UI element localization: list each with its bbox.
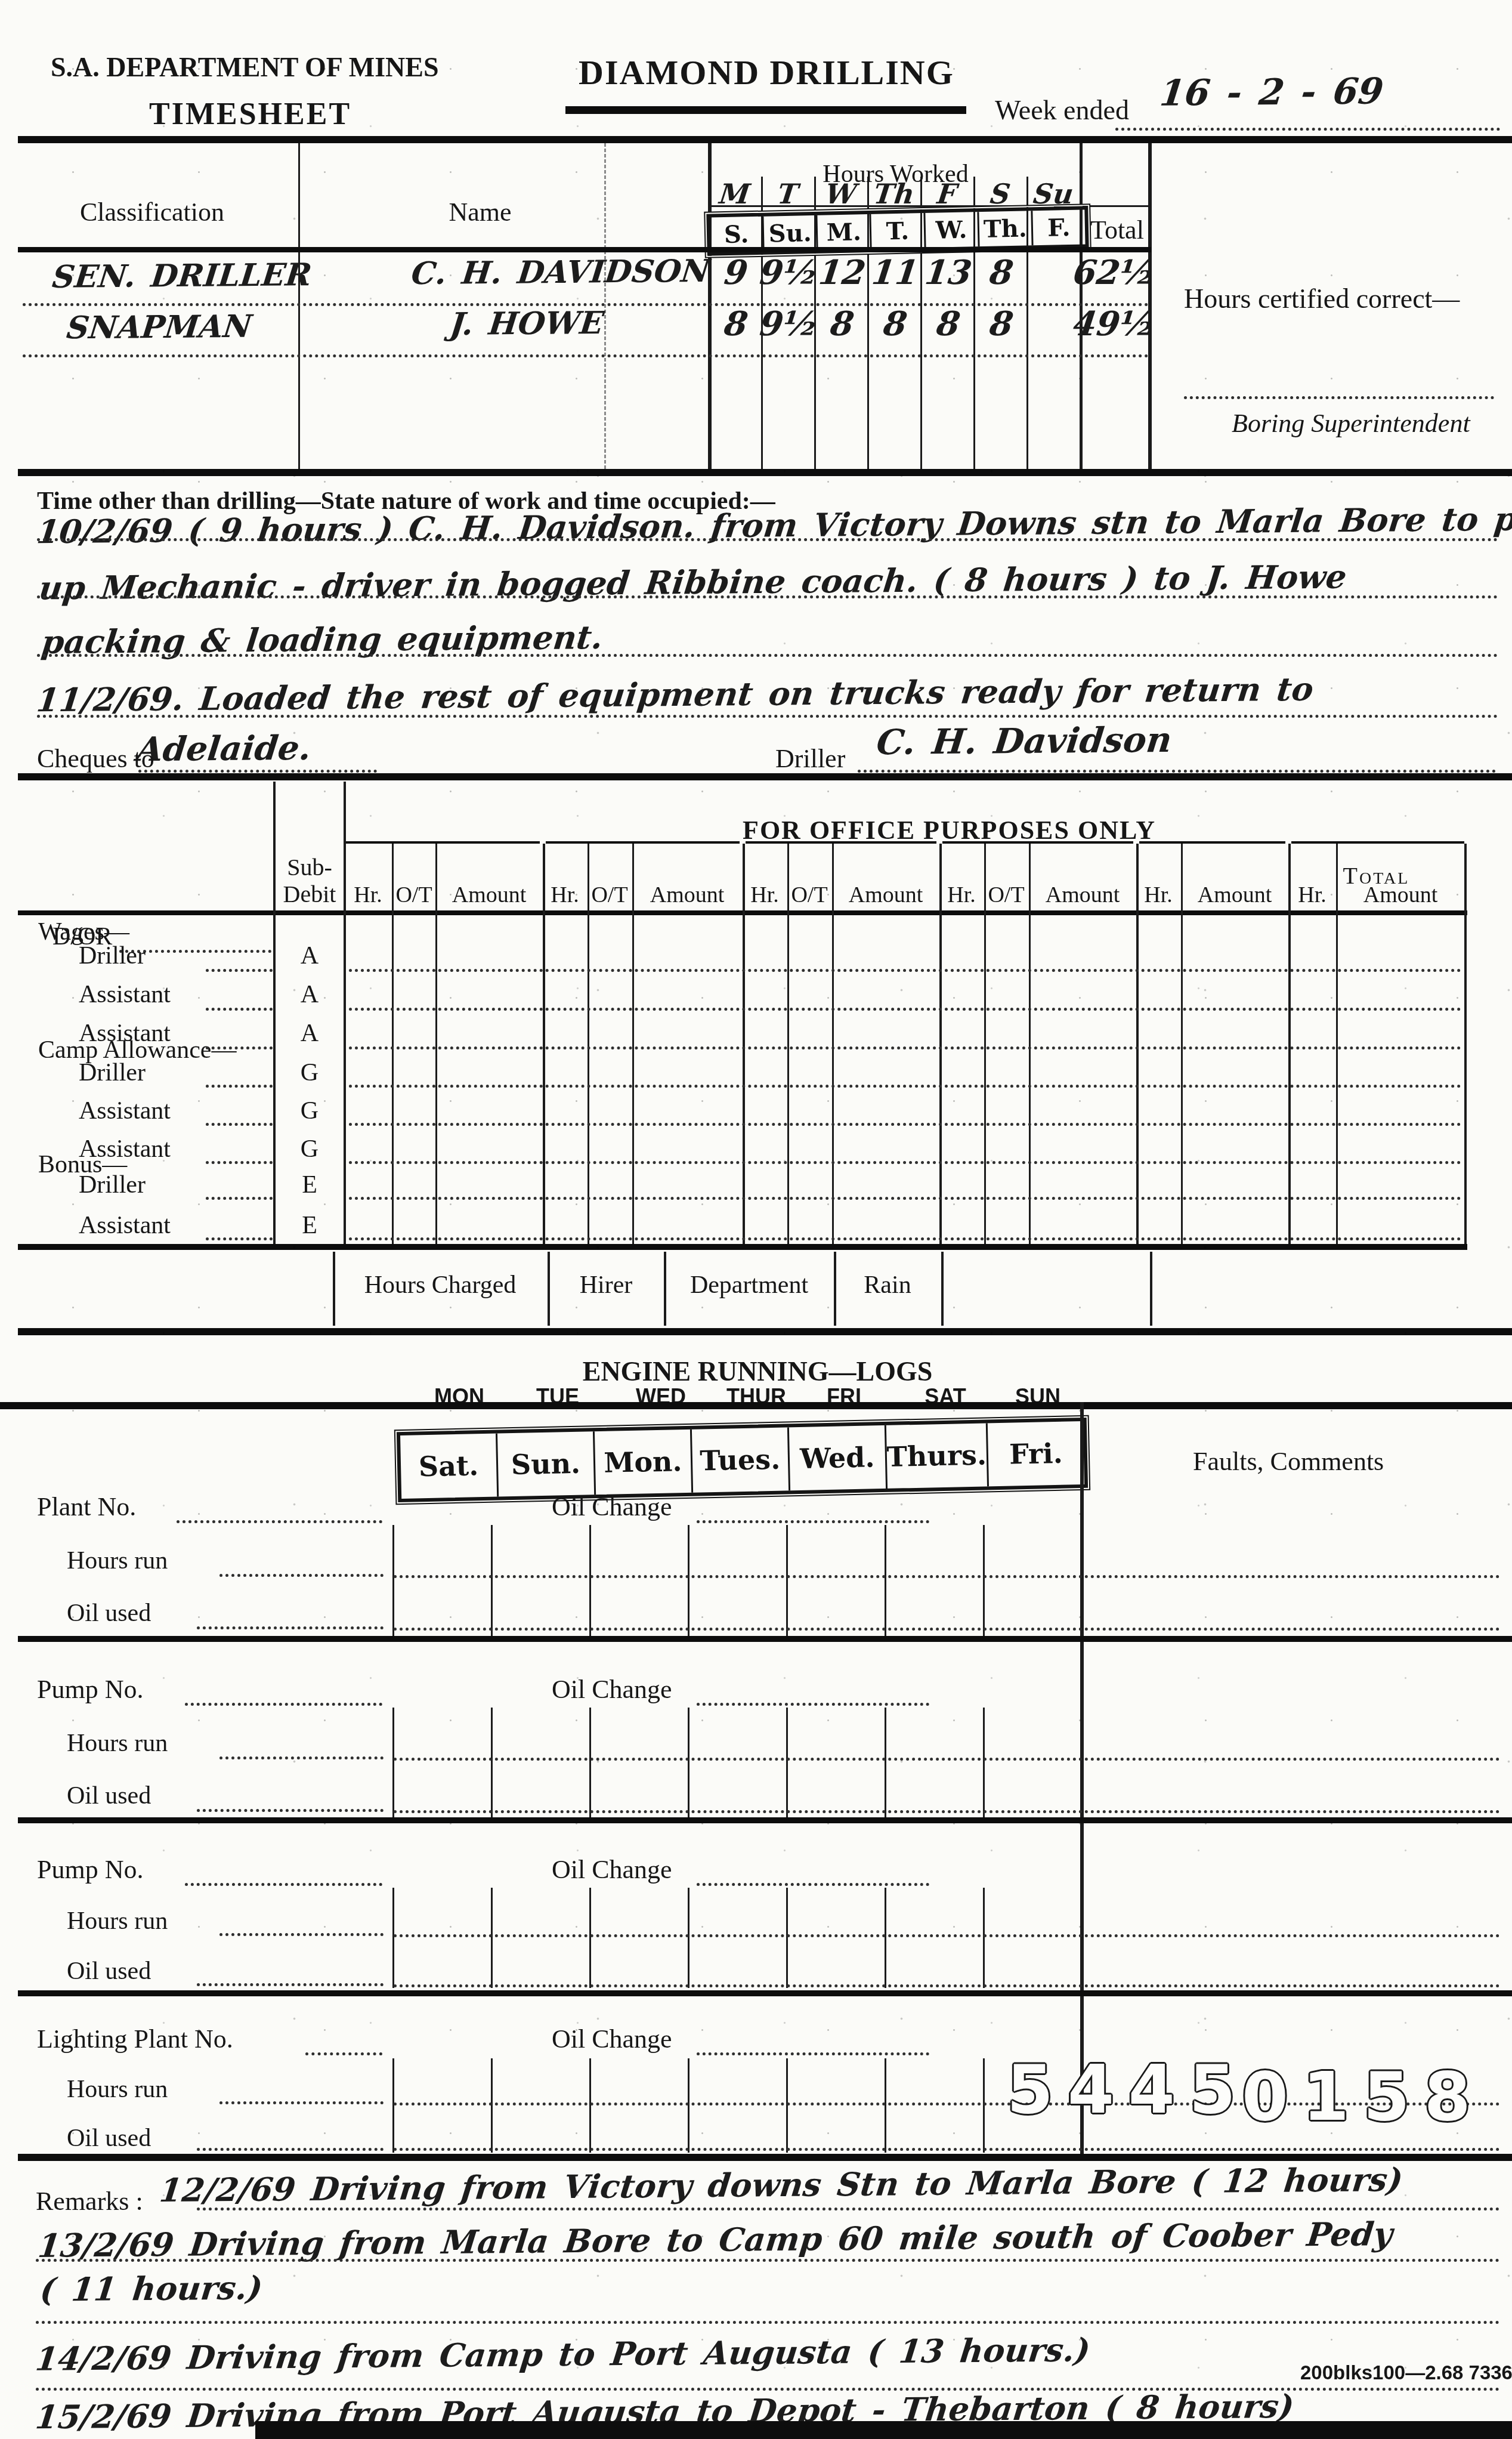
- office-group-top: [546, 841, 740, 844]
- pump-no-rule: [185, 1703, 382, 1706]
- col-amount: Amount: [849, 882, 923, 908]
- other-time-rule4: [37, 715, 1498, 718]
- office-vline: [273, 782, 276, 1245]
- office-row-rule: [349, 1008, 1461, 1011]
- sub-debit-code: A: [301, 1019, 319, 1048]
- footer-vline: [333, 1252, 335, 1326]
- print-code: 200blks100—2.68 7336: [1300, 2361, 1512, 2384]
- sub-debit-code: A: [301, 980, 319, 1009]
- office-row-rule: [349, 1197, 1461, 1200]
- oil-change-rule: [697, 1520, 929, 1523]
- col-hr: Hr.: [750, 882, 779, 908]
- stamped-day: T.: [871, 213, 926, 249]
- oil-used-label: Oil used: [67, 1957, 151, 1986]
- oil-used-rule: [394, 1984, 1500, 1987]
- driller-rule: [858, 770, 1496, 773]
- remarks-line2: 13/2/69 Driving from Marla Bore to Camp …: [36, 2215, 1394, 2265]
- oil-change-label: Oil Change: [552, 1674, 672, 1705]
- document-title: DIAMOND DRILLING: [561, 53, 972, 92]
- engine-stamped-day: Mon.: [595, 1430, 693, 1495]
- office-row-label: Driller: [79, 941, 146, 970]
- row2-total: 49½: [1071, 304, 1157, 344]
- rule-top: [18, 136, 1512, 143]
- footer-col-department: Department: [690, 1271, 808, 1299]
- col-hr: Hr.: [551, 882, 579, 908]
- office-leader: [206, 969, 273, 972]
- col-hr: Hr.: [947, 882, 976, 908]
- row1-hours: 8: [987, 253, 1015, 292]
- office-vline: [435, 844, 437, 1244]
- col-hr: Hr.: [354, 882, 382, 908]
- table-divider-1: [298, 143, 300, 469]
- office-row-label: Assistant: [79, 980, 171, 1009]
- col-hr: Hr.: [1298, 882, 1327, 908]
- oil-used-rule: [394, 1810, 1500, 1813]
- row2-hours: 8: [828, 304, 856, 344]
- office-leader: [206, 1123, 273, 1126]
- office-group-top: [746, 841, 936, 844]
- oil-used-rule: [394, 2148, 1500, 2151]
- total-header: Total: [1084, 215, 1150, 245]
- row1-total: 62½: [1071, 253, 1157, 292]
- driller-signature: C. H. Davidson: [874, 720, 1174, 762]
- oil-change-label: Oil Change: [552, 1854, 672, 1885]
- hours-run-leader: [219, 2101, 384, 2104]
- oil-change-rule: [697, 2052, 929, 2055]
- superintendent-label: Boring Superintendent: [1232, 408, 1470, 439]
- office-vline: [1029, 844, 1031, 1244]
- driller-label: Driller: [775, 743, 845, 774]
- row1-hours: 9½: [757, 253, 820, 292]
- office-row-rule: [349, 1085, 1461, 1088]
- remarks-rule1: [197, 2208, 1500, 2210]
- timesheet-document: S.A. DEPARTMENT OF MINES TIMESHEET DIAMO…: [0, 0, 1512, 2439]
- sub-debit-line1: Sub-: [287, 854, 332, 881]
- stamp-number-right: 0158: [1242, 2058, 1485, 2136]
- footer-vline: [664, 1252, 666, 1326]
- row1-hours: 12: [817, 253, 868, 292]
- week-ended-value: 16 - 2 - 69: [1158, 70, 1386, 114]
- office-vline: [588, 844, 589, 1244]
- classification-header: Classification: [63, 197, 242, 227]
- footer-vline: [941, 1252, 944, 1326]
- engine-stamped-day: Wed.: [789, 1425, 888, 1490]
- row2-hours: 9½: [757, 304, 820, 344]
- row2-rule: [23, 354, 1149, 357]
- title-underline: [565, 106, 966, 114]
- office-vline: [743, 844, 745, 1244]
- office-group-top: [345, 841, 540, 844]
- remarks-rule3: [36, 2321, 1500, 2324]
- sheet-title: TIMESHEET: [149, 97, 351, 132]
- rule-5: [0, 1402, 1512, 1409]
- stamp-number-left: 5445: [1007, 2051, 1250, 2129]
- row2-hours: 8: [722, 304, 750, 344]
- office-row-label: Driller: [79, 1058, 146, 1087]
- oil-change-rule: [697, 1883, 929, 1886]
- oil-used-rule: [394, 1628, 1500, 1631]
- col-amount: Amount: [1363, 882, 1438, 908]
- certified-label: Hours certified correct—: [1184, 283, 1460, 314]
- name-header: Name: [382, 197, 579, 227]
- log-grid: [392, 1708, 1083, 1817]
- office-leader: [206, 1161, 273, 1164]
- remarks-line1: 12/2/69 Driving from Victory downs Stn t…: [157, 2160, 1405, 2209]
- rule-6: [18, 2154, 1512, 2161]
- hours-run-label: Hours run: [67, 1546, 168, 1575]
- header-bottom-rule: [18, 247, 1151, 252]
- col-amount: Amount: [650, 882, 725, 908]
- hours-run-label: Hours run: [67, 1729, 168, 1758]
- other-time-rule2: [37, 595, 1498, 598]
- office-leader: [206, 1046, 273, 1049]
- engine-stamped-day: Sun.: [497, 1431, 596, 1496]
- oil-change-label: Oil Change: [552, 2024, 672, 2054]
- oil-change-rule: [697, 1703, 929, 1706]
- office-vline: [787, 844, 789, 1244]
- row1-hours: 9: [722, 253, 750, 292]
- sub-debit-header: Sub- Debit: [276, 854, 344, 908]
- office-leader: [206, 1085, 273, 1088]
- engine-stamped-day: Sat.: [400, 1434, 499, 1499]
- pump-no-label: Pump No.: [37, 1854, 143, 1885]
- office-vline: [1288, 844, 1291, 1244]
- log-grid: [392, 2058, 1083, 2153]
- oil-used-leader: [197, 2148, 384, 2151]
- rule-3: [18, 773, 1512, 780]
- block-rule: [18, 1636, 1512, 1642]
- sub-debit-code: G: [301, 1058, 319, 1087]
- office-row-rule: [349, 1046, 1461, 1049]
- engine-stamped-day: Fri.: [988, 1421, 1084, 1486]
- oil-used-leader: [197, 1983, 384, 1986]
- office-row-rule: [349, 1123, 1461, 1126]
- other-time-rule1: [37, 538, 1498, 541]
- remarks-label: Remarks :: [36, 2186, 143, 2216]
- oil-used-label: Oil used: [67, 2124, 151, 2153]
- plant-no-label: Plant No.: [37, 1492, 136, 1522]
- footer-vline: [834, 1252, 836, 1326]
- office-vline: [344, 782, 346, 1245]
- cheques-to-rule: [138, 770, 377, 773]
- engine-stamped-day-row: Sat. Sun. Mon. Tues. Wed. Thurs. Fri.: [397, 1418, 1088, 1502]
- lighting-plant-no-label: Lighting Plant No.: [37, 2024, 233, 2054]
- oil-change-label: Oil Change: [552, 1492, 672, 1522]
- signature-rule: [1184, 396, 1494, 399]
- col-ot: O/T: [395, 882, 432, 908]
- other-time-line4: 11/2/69. Loaded the rest of equipment on…: [35, 670, 1315, 720]
- footer-col-rain: Rain: [864, 1271, 911, 1299]
- col-ot: O/T: [791, 882, 827, 908]
- block-rule: [18, 1990, 1512, 1996]
- stamped-day: Th.: [979, 211, 1033, 246]
- pump-no-label: Pump No.: [37, 1674, 143, 1705]
- remarks-line4: 14/2/69 Driving from Camp to Port August…: [33, 2330, 1092, 2378]
- office-row-rule: [349, 1161, 1461, 1164]
- office-vline: [392, 844, 394, 1244]
- hours-run-rule: [394, 1575, 1500, 1578]
- office-leader: [206, 1008, 273, 1011]
- hours-run-label: Hours run: [67, 1907, 168, 1935]
- week-ended-label: Week ended: [995, 94, 1129, 126]
- col-amount: Amount: [1198, 882, 1272, 908]
- row1-hours: 13: [923, 253, 974, 292]
- office-vline: [1464, 844, 1467, 1244]
- office-row-label: Assistant: [79, 1097, 171, 1125]
- office-row-label: Assistant: [79, 1211, 171, 1240]
- hours-run-rule: [394, 1934, 1500, 1937]
- row1-name: C. H. DAVIDSON: [410, 253, 712, 292]
- office-leader: [206, 1237, 273, 1240]
- sub-debit-line2: Debit: [283, 881, 336, 907]
- other-time-rule3: [37, 654, 1498, 657]
- row1-hours: 11: [870, 253, 921, 292]
- oil-used-label: Oil used: [67, 1782, 151, 1810]
- engine-stamped-day: Thurs.: [886, 1423, 989, 1489]
- col-amount: Amount: [452, 882, 527, 908]
- office-vline: [543, 844, 545, 1244]
- row2-hours: 8: [987, 304, 1015, 344]
- log-grid: [392, 1888, 1083, 1988]
- log-grid: [392, 1525, 1083, 1636]
- week-ended-rule: [1115, 128, 1500, 131]
- hours-run-leader: [219, 1574, 384, 1577]
- stamped-day: F.: [1032, 209, 1085, 245]
- lighting-plant-no-rule: [305, 2052, 382, 2055]
- hours-run-leader: [219, 1933, 384, 1936]
- office-vline: [984, 844, 986, 1244]
- office-vline: [939, 844, 942, 1244]
- col-ot: O/T: [591, 882, 627, 908]
- oil-used-leader: [197, 1809, 384, 1812]
- stamped-day: Su.: [764, 215, 818, 251]
- row2-hours: 8: [934, 304, 962, 344]
- office-group-top: [1139, 841, 1285, 844]
- plant-no-rule: [177, 1520, 382, 1523]
- sub-debit-code: G: [301, 1097, 319, 1125]
- rule-2: [18, 469, 1512, 476]
- office-leader: [206, 1197, 273, 1200]
- office-group-top: [942, 841, 1133, 844]
- stamped-day: M.: [818, 214, 872, 250]
- office-bottom-rule: [18, 1244, 1467, 1250]
- hours-run-label: Hours run: [67, 2075, 168, 2104]
- footer-col-hirer: Hirer: [580, 1271, 633, 1299]
- engine-stamped-day: Tues.: [692, 1427, 790, 1492]
- col-amount: Amount: [1046, 882, 1120, 908]
- office-row-rule: [349, 969, 1461, 972]
- office-row-rule: [349, 1237, 1461, 1240]
- row2-hours: 8: [881, 304, 909, 344]
- block-rule: [18, 1817, 1512, 1823]
- oil-used-label: Oil used: [67, 1599, 151, 1628]
- rule-4: [18, 1328, 1512, 1335]
- engine-title: ENGINE RUNNING—LOGS: [582, 1356, 933, 1387]
- hours-run-leader: [219, 1756, 384, 1759]
- footer-vline: [548, 1252, 550, 1326]
- col-hr: Hr.: [1144, 882, 1173, 908]
- sub-debit-code: E: [302, 1171, 317, 1199]
- other-time-line2: up Mechanic - driver in bogged Ribbine c…: [37, 557, 1349, 607]
- sub-debit-code: E: [302, 1211, 317, 1240]
- hours-run-rule: [394, 1758, 1500, 1761]
- faults-comments-label: Faults, Comments: [1193, 1446, 1384, 1477]
- cheques-to-label: Cheques to: [37, 743, 154, 774]
- footer-vline: [1150, 1252, 1152, 1326]
- col-ot: O/T: [988, 882, 1024, 908]
- office-vline: [632, 844, 634, 1244]
- pump-no-rule: [185, 1883, 382, 1886]
- remarks-rule2: [36, 2259, 1500, 2262]
- office-vline: [1181, 844, 1183, 1244]
- office-vline: [1136, 844, 1139, 1244]
- office-group-top: [1291, 841, 1464, 844]
- footer-col-hours-charged: Hours Charged: [364, 1271, 517, 1299]
- row1-classification: SEN. DRILLER: [51, 257, 314, 295]
- stamped-day: W.: [925, 212, 979, 248]
- row2-name: J. HOWE: [449, 305, 606, 342]
- oil-used-leader: [197, 1626, 384, 1629]
- office-vline: [832, 844, 834, 1244]
- sub-debit-code: G: [301, 1135, 319, 1163]
- office-row-label: Driller: [79, 1171, 146, 1199]
- bottom-scan-bar: [255, 2421, 1512, 2439]
- sub-debit-code: A: [301, 941, 319, 970]
- office-vline: [1336, 844, 1338, 1244]
- department-title: S.A. DEPARTMENT OF MINES: [51, 51, 439, 83]
- other-time-line5: Adelaide.: [135, 728, 313, 770]
- row2-classification: SNAPMAN: [65, 308, 254, 347]
- remarks-line3: ( 11 hours.): [38, 2268, 264, 2308]
